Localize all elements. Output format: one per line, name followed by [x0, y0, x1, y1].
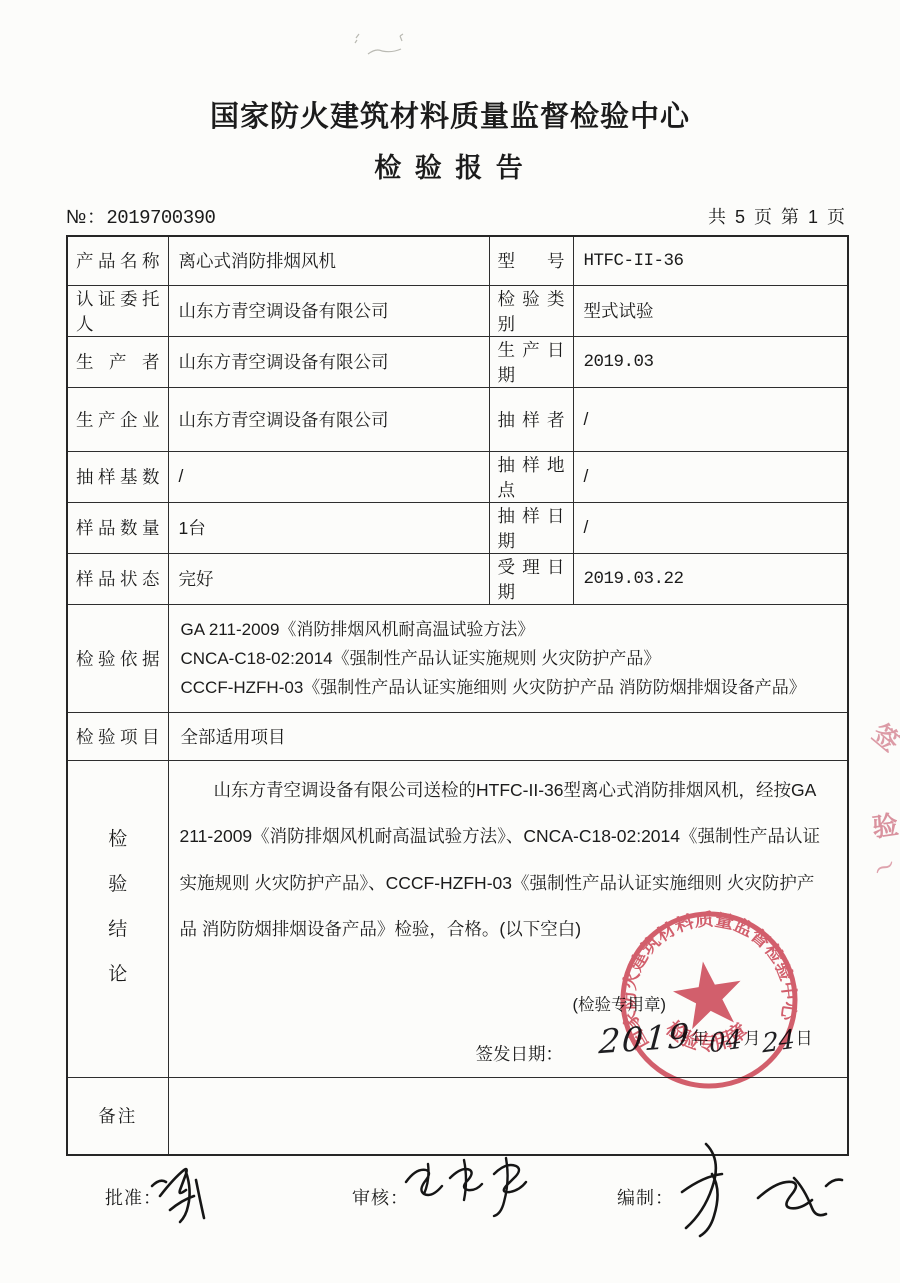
page-count: 共 5 页 第 1 页: [708, 203, 847, 229]
sampling-date-label: 抽样日期: [489, 502, 573, 553]
doc-title: 检 验 报 告: [0, 146, 900, 185]
prepare-label: 编制：: [617, 1184, 674, 1210]
table-row: 检验依据 GA 211-2009《消防排烟风机耐高温试验方法》 CNCA-C18…: [67, 604, 848, 712]
product-name-value: 离心式消防排烟风机: [168, 236, 489, 285]
producer-value: 山东方青空调设备有限公司: [168, 336, 489, 387]
seal-star-icon: [669, 956, 747, 1031]
red-edge-mark: 签: [865, 714, 900, 759]
model-value: HTFC-II-36: [573, 236, 848, 285]
table-row: 认证委托人 山东方青空调设备有限公司 检验类别 型式试验: [67, 285, 848, 336]
sampler-label: 抽样者: [489, 387, 573, 451]
sampling-place-value: /: [573, 451, 848, 502]
remark-label: 备注: [67, 1077, 168, 1155]
sampling-base-value: /: [168, 451, 489, 502]
pencil-scribble: [338, 30, 438, 64]
sample-quantity-label: 样品数量: [67, 502, 168, 553]
manufacturer-label: 生产企业: [67, 387, 168, 451]
table-row: 生产企业 山东方青空调设备有限公司 抽样者 /: [67, 387, 848, 451]
report-number: №：2019700390: [66, 202, 215, 229]
table-row: 检验项目 全部适用项目: [67, 712, 848, 760]
acceptance-date-value: 2019.03.22: [573, 553, 848, 604]
inspection-basis-value: GA 211-2009《消防排烟风机耐高温试验方法》 CNCA-C18-02:2…: [168, 604, 848, 712]
applicant-value: 山东方青空调设备有限公司: [168, 285, 489, 336]
approve-signature: [146, 1158, 226, 1233]
inspection-seal: 国家防火建筑材料质量监督检验中心 检验专用章: [600, 891, 817, 1108]
producer-label: 生产者: [67, 336, 168, 387]
table-row: 样品数量 1台 抽样日期 /: [67, 502, 848, 553]
review-signature: [398, 1152, 538, 1222]
inspection-basis-label: 检验依据: [67, 604, 168, 712]
applicant-label: 认证委托人: [67, 285, 168, 336]
conclusion-label: 检 验 结 论: [67, 760, 168, 1077]
table-row: 抽样基数 / 抽样地点 /: [67, 451, 848, 502]
red-edge-mark: 验: [870, 804, 900, 844]
sampler-value: /: [573, 387, 848, 451]
table-row: 产品名称 离心式消防排烟风机 型号 HTFC-II-36: [67, 236, 848, 285]
issue-date-label: 签发日期：: [476, 1041, 564, 1066]
inspection-report-page: 国家防火建筑材料质量监督检验中心 检 验 报 告 №：2019700390 共 …: [0, 0, 900, 1283]
production-date-value: 2019.03: [573, 336, 848, 387]
prepare-signature: [668, 1136, 868, 1251]
table-row: 样品状态 完好 受理日期 2019.03.22: [67, 553, 848, 604]
manufacturer-value: 山东方青空调设备有限公司: [168, 387, 489, 451]
conclusion-line: 211-2009《消防排烟风机耐高温试验方法》、CNCA-C18-02:2014…: [169, 813, 848, 860]
inspection-items-value: 全部适用项目: [168, 712, 848, 760]
basis-line: CNCA-C18-02:2014《强制性产品认证实施规则 火灾防护产品》: [181, 644, 836, 673]
sampling-date-value: /: [573, 502, 848, 553]
acceptance-date-label: 受理日期: [489, 553, 573, 604]
sampling-place-label: 抽样地点: [489, 451, 573, 502]
report-number-label: №：: [66, 207, 106, 228]
production-date-label: 生产日期: [489, 336, 573, 387]
red-edge-mark: 〜: [868, 849, 900, 884]
inspection-category-label: 检验类别: [489, 285, 573, 336]
sample-quantity-value: 1台: [168, 502, 489, 553]
conclusion-line: 山东方青空调设备有限公司送检的HTFC-II-36型离心式消防排烟风机，经按GA: [169, 767, 848, 814]
sample-status-label: 样品状态: [67, 553, 168, 604]
sampling-base-label: 抽样基数: [67, 451, 168, 502]
report-number-value: 2019700390: [106, 207, 215, 229]
basis-line: GA 211-2009《消防排烟风机耐高温试验方法》: [181, 615, 836, 644]
model-label: 型号: [489, 236, 573, 285]
inspection-items-label: 检验项目: [67, 712, 168, 760]
basis-line: CCCF-HZFH-03《强制性产品认证实施细则 火灾防护产品 消防防烟排烟设备…: [181, 673, 836, 702]
sample-status-value: 完好: [168, 553, 489, 604]
inspection-category-value: 型式试验: [573, 285, 848, 336]
meta-row: №：2019700390 共 5 页 第 1 页: [66, 202, 847, 229]
table-row: 生产者 山东方青空调设备有限公司 生产日期 2019.03: [67, 336, 848, 387]
product-name-label: 产品名称: [67, 236, 168, 285]
page-title: 国家防火建筑材料质量监督检验中心: [0, 94, 900, 135]
